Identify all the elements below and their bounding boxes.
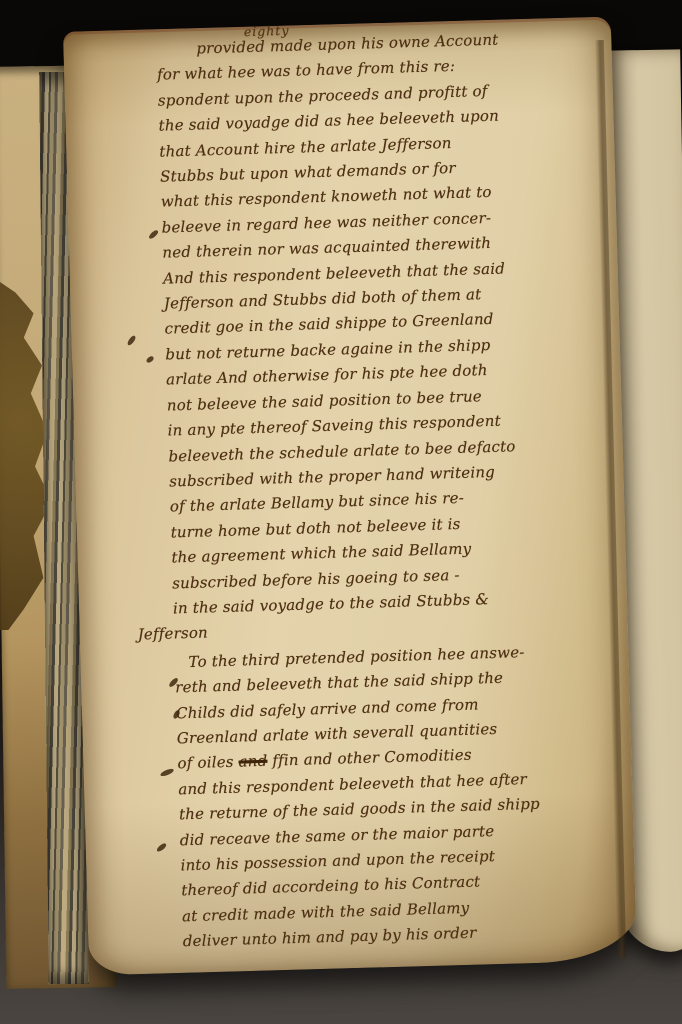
line-segment: of oiles <box>177 753 239 773</box>
struck-out-word: and <box>238 752 267 771</box>
photo-of-open-book: eighty provided made upon his owne Accou… <box>0 0 682 1024</box>
line-segment: ffin and other Comodities <box>267 746 472 770</box>
handwritten-text-block: eighty provided made upon his owne Accou… <box>146 24 645 955</box>
page-number-annotation: eighty <box>243 18 289 45</box>
